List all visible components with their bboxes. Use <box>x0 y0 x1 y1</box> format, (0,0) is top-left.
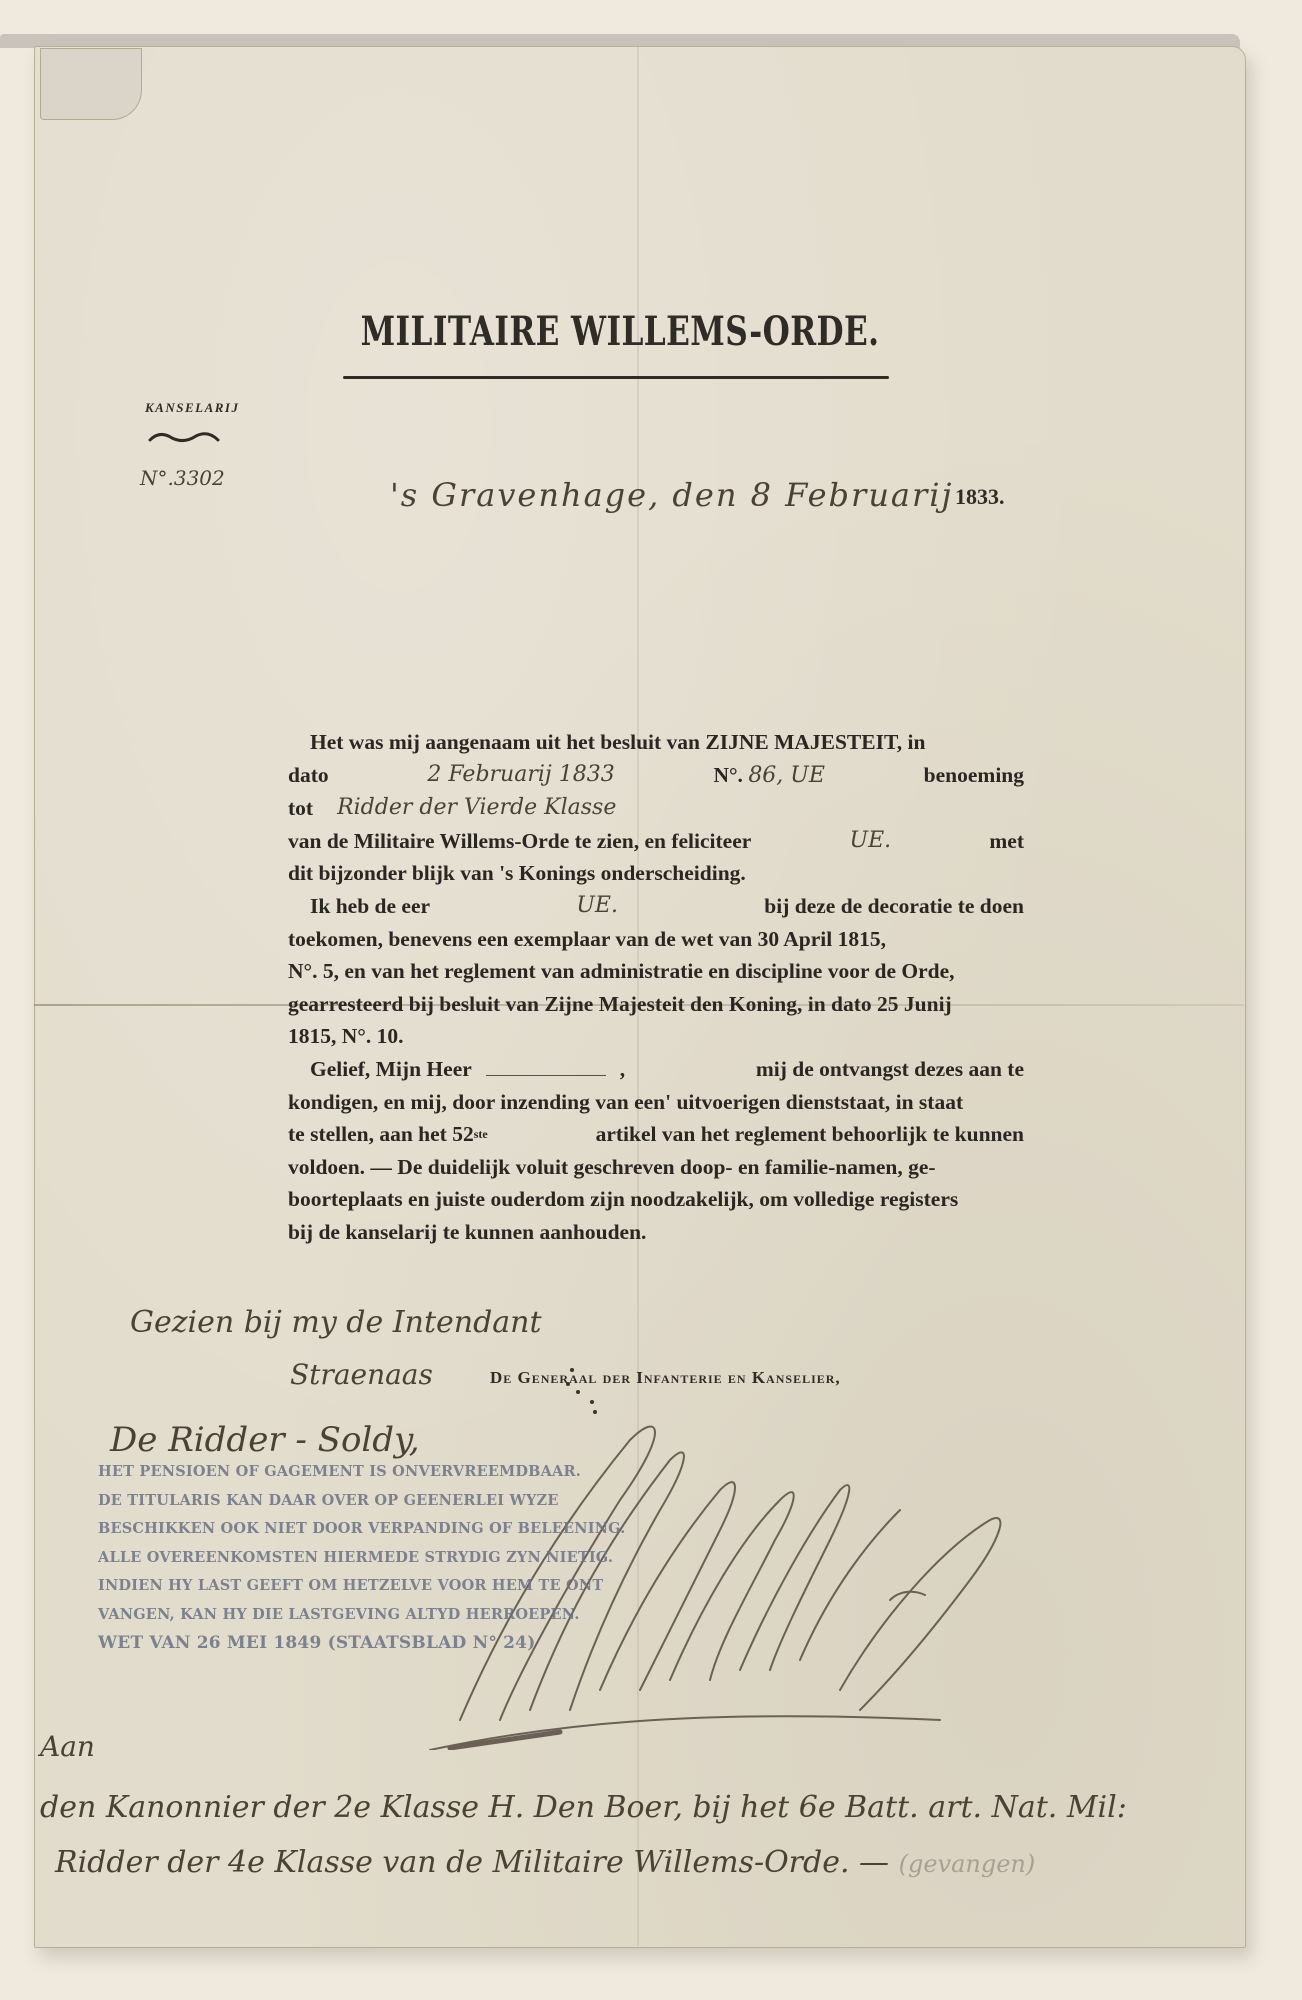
decree-date-fill: 2 Februarij 1833 <box>427 759 614 793</box>
body-line: kondigen, en mij, door inzending van een… <box>288 1086 1024 1119</box>
address-line-2: Ridder der 4e Klasse van de Militaire Wi… <box>55 1845 1035 1880</box>
body-line: tot Ridder der Vierde Klasse <box>288 792 1024 825</box>
blank-line <box>486 1061 606 1076</box>
corner-stain <box>40 48 142 120</box>
swash-ornament-icon <box>148 430 220 444</box>
address-line-1: den Kanonnier der 2e Klasse H. Den Boer,… <box>40 1790 1127 1825</box>
office-label: KANSELARIJ <box>145 400 239 416</box>
body-line: bij de kanselarij te kunnen aanhouden. <box>288 1216 1024 1249</box>
body-line: te stellen, aan het 52ste artikel van he… <box>288 1118 1024 1151</box>
body-line: toekomen, benevens een exemplaar van de … <box>288 923 1024 956</box>
body-line: gearresteerd bij besluit van Zijne Majes… <box>288 988 1024 1021</box>
intendant-paraph: Straenaas <box>290 1358 433 1391</box>
pension-stamp: HET PENSIOEN OF GAGEMENT IS ONVERVREEMDB… <box>98 1458 528 1658</box>
body-line: boorteplaats en juiste ouderdom zijn noo… <box>288 1183 1024 1216</box>
body-line: N°. 5, en van het reglement van administ… <box>288 955 1024 988</box>
reference-number: N°.3302 <box>140 466 225 490</box>
handwritten-recipient: De Ridder - Soldy, <box>110 1420 420 1460</box>
rank-fill: Ridder der Vierde Klasse <box>337 792 616 825</box>
document-title: MILITAIRE WILLEMS-ORDE. <box>339 308 901 355</box>
body-line: Het was mij aangenaam uit het besluit va… <box>288 726 1024 759</box>
body-line: dato 2 Februarij 1833 N°. 86, UE benoemi… <box>288 759 1024 793</box>
faint-note: (gevangen) <box>899 1850 1036 1878</box>
decree-number-fill: 86, UE <box>748 763 825 788</box>
body-line: Ik heb de eer UE. bij deze de decoratie … <box>288 890 1024 923</box>
body-line: van de Militaire Willems-Orde te zien, e… <box>288 825 1024 858</box>
place-date: 's Gravenhage, den 8 Februarij <box>390 476 953 514</box>
address-aan: Aan <box>40 1730 95 1763</box>
letter-body: Het was mij aangenaam uit het besluit va… <box>288 726 1024 1249</box>
body-line: 1815, N°. 10. <box>288 1020 1024 1053</box>
body-line: voldoen. — De duidelijk voluit geschreve… <box>288 1151 1024 1184</box>
title-rule <box>343 376 889 379</box>
gezien-annotation: Gezien bij my de Intendant <box>130 1305 542 1340</box>
signatory-title: De Generaal der Infanterie en Kanselier, <box>490 1368 841 1388</box>
year: 1833. <box>955 484 1005 510</box>
body-line: dit bijzonder blijk van 's Konings onder… <box>288 857 1024 890</box>
body-line: Gelief, Mijn Heer, mij de ontvangst deze… <box>288 1053 1024 1086</box>
